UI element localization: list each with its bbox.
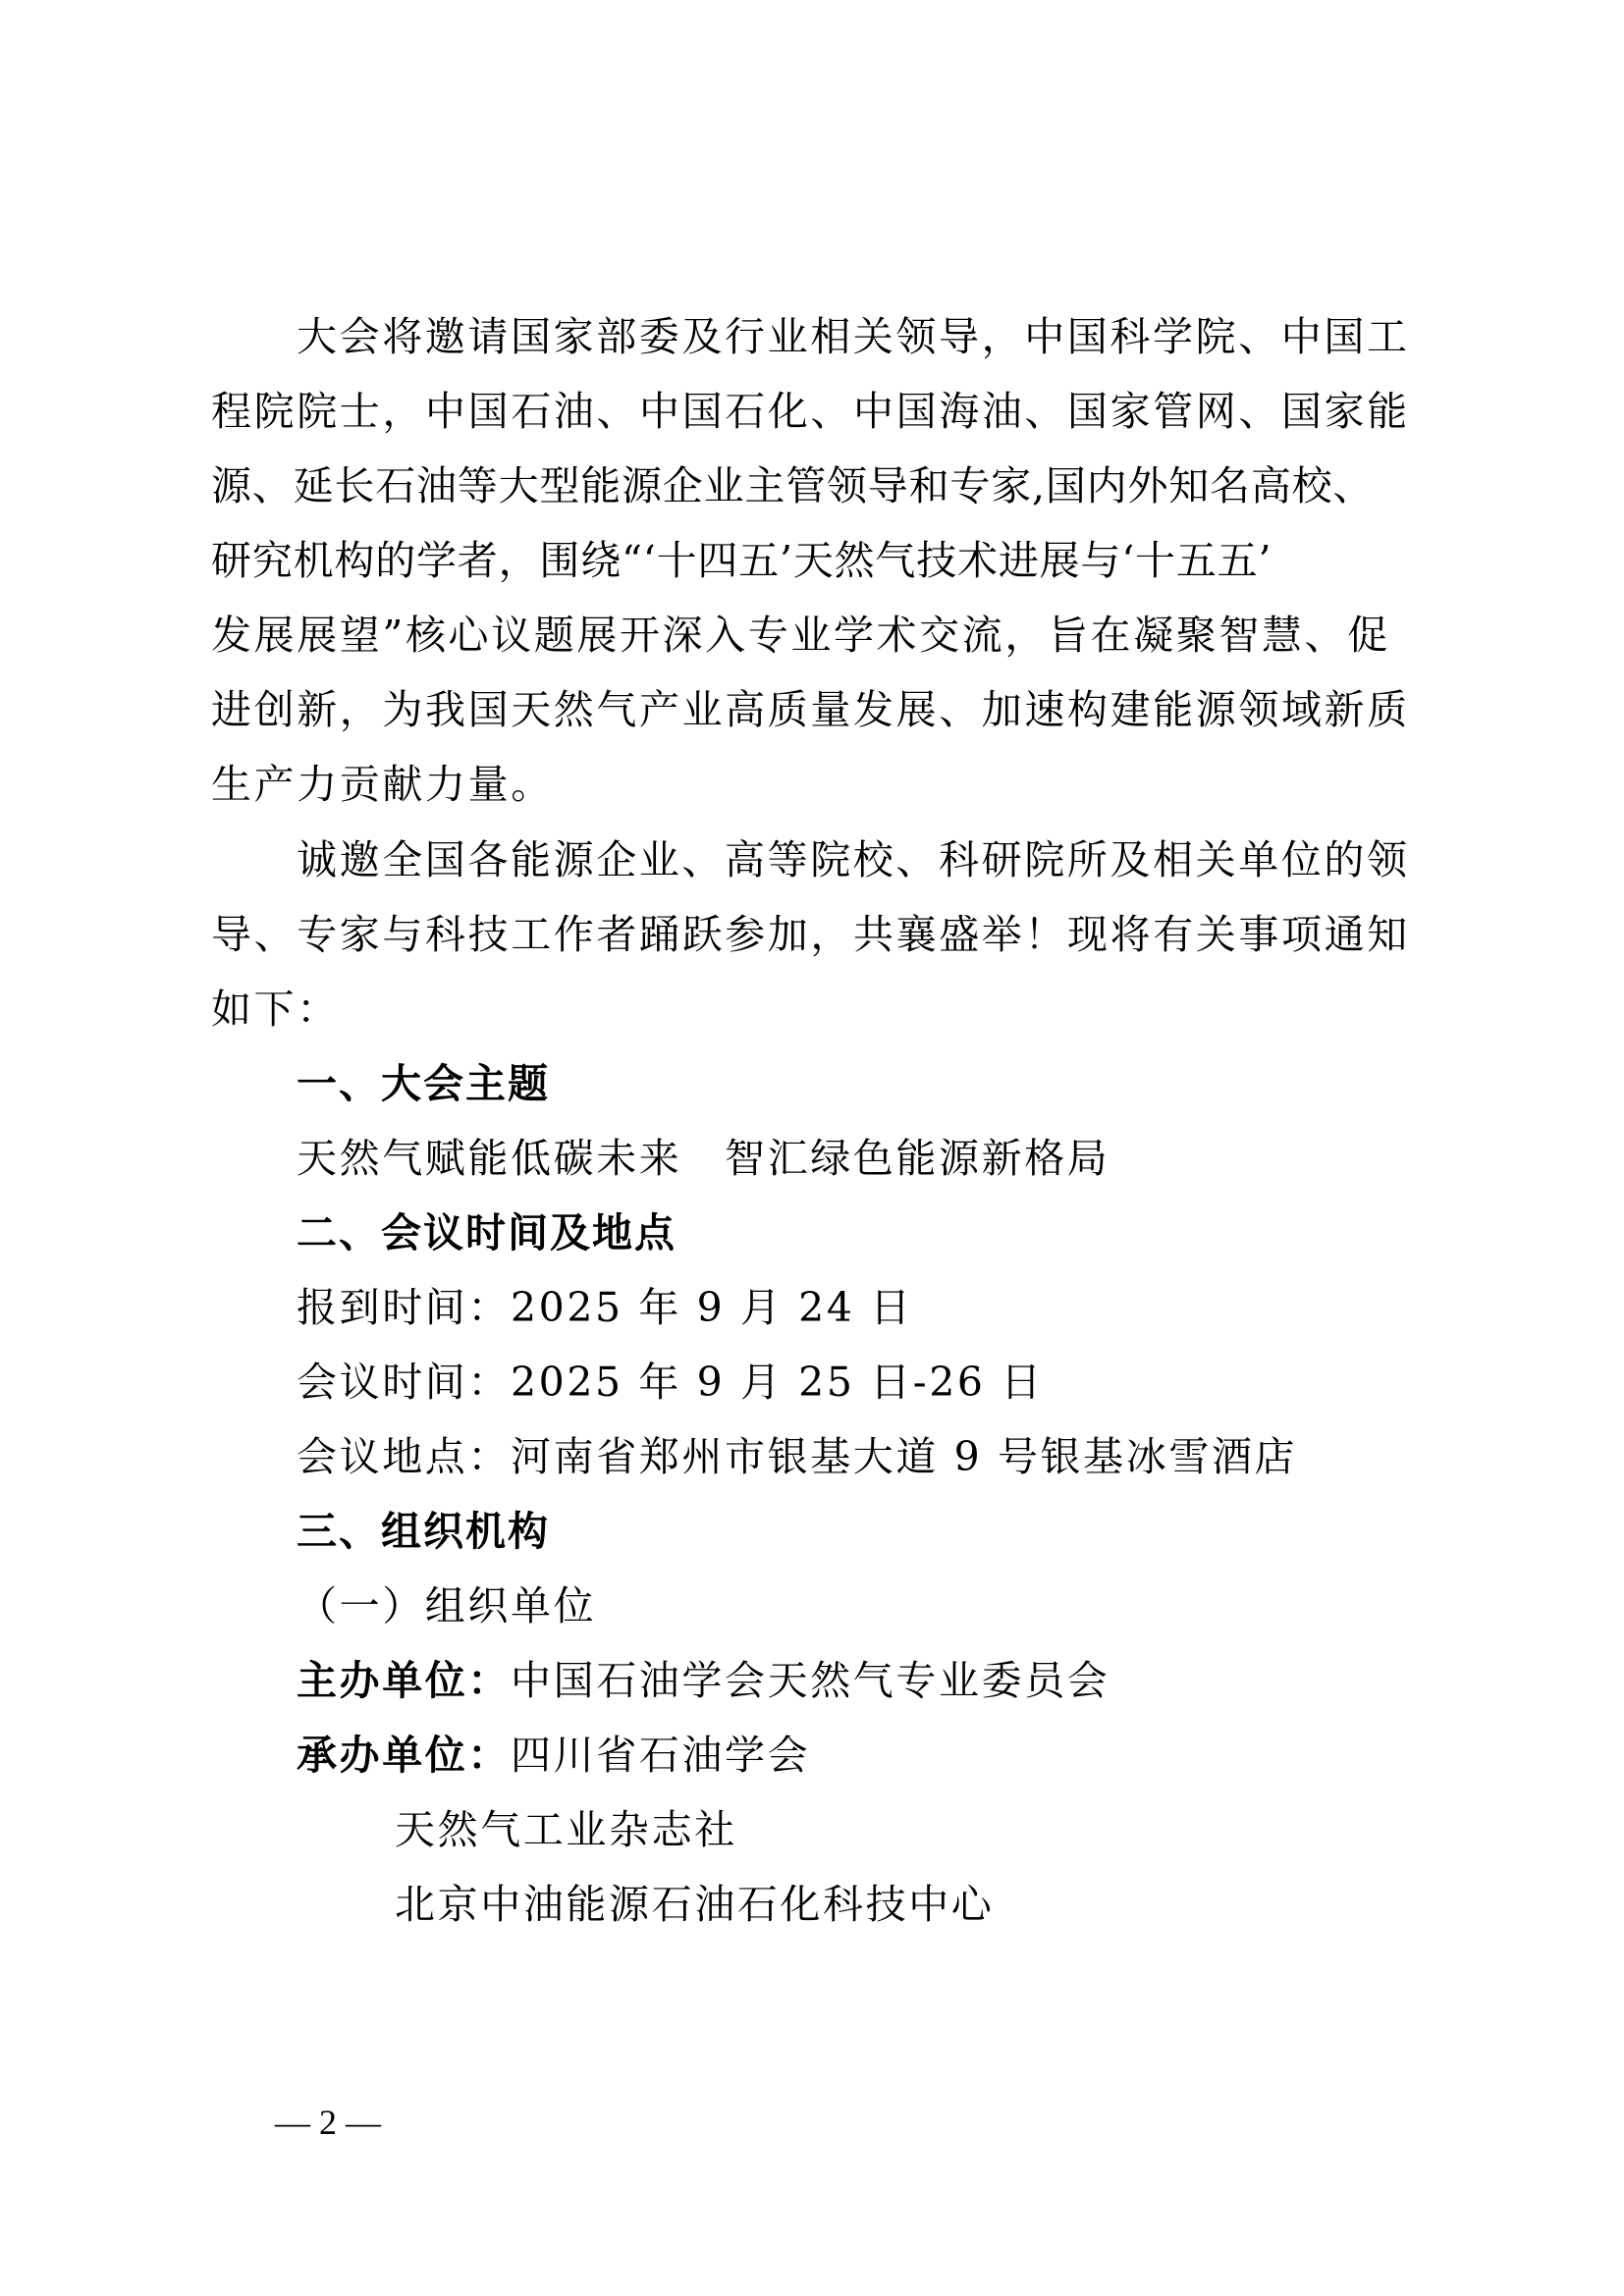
host-unit-row: 主办单位：中国石油学会天然气专业委员会	[297, 1643, 1110, 1718]
organizer-unit-value: 四川省石油学会	[511, 1732, 810, 1779]
paragraph-1-line: 发展展望”核心议题展开深入专业学术交流，旨在凝聚智慧、促	[211, 598, 1390, 672]
paragraph-2-line: 导、专家与科技工作者踊跃参加，共襄盛举！现将有关事项通知	[211, 897, 1410, 972]
paragraph-2-line: 诚邀全国各能源企业、高等院校、科研院所及相关单位的领	[297, 823, 1410, 897]
paragraph-1-line: 研究机构的学者，围绕“‘十四五’天然气技术进展与‘十五五’	[211, 523, 1272, 598]
page-number: — 2 —	[275, 2101, 381, 2144]
organizer-unit-value: 天然气工业杂志社	[395, 1792, 737, 1867]
checkin-time: 报到时间：2025 年 9 月 24 日	[297, 1270, 913, 1345]
host-unit-label: 主办单位：	[297, 1657, 511, 1704]
organizer-unit-row: 承办单位：四川省石油学会	[297, 1718, 810, 1792]
section-heading-theme: 一、大会主题	[297, 1046, 550, 1121]
paragraph-1-line: 源、延长石油等大型能源企业主管领导和专家,国内外知名高校、	[211, 449, 1374, 523]
section-heading-time-venue: 二、会议时间及地点	[297, 1196, 677, 1270]
paragraph-1-line: 程院院士，中国石油、中国石化、中国海油、国家管网、国家能	[211, 374, 1410, 449]
paragraph-1-line: 生产力贡献力量。	[211, 747, 554, 822]
subsection-organizing-units: （一）组织单位	[297, 1569, 596, 1643]
conference-theme: 天然气赋能低碳未来 智汇绿色能源新格局	[297, 1121, 1110, 1196]
paragraph-1-line: 进创新，为我国天然气产业高质量发展、加速构建能源领域新质	[211, 672, 1410, 747]
section-heading-organization: 三、组织机构	[297, 1494, 550, 1569]
document-page: 大会将邀请国家部委及行业相关领导，中国科学院、中国工 程院院士，中国石油、中国石…	[0, 0, 1624, 2296]
paragraph-2-line: 如下：	[211, 972, 340, 1046]
organizer-unit-value: 北京中油能源石油石化科技中心	[395, 1867, 994, 1942]
organizer-unit-label: 承办单位：	[297, 1732, 511, 1779]
host-unit-value: 中国石油学会天然气专业委员会	[511, 1657, 1110, 1704]
paragraph-1-line: 大会将邀请国家部委及行业相关领导，中国科学院、中国工	[297, 299, 1410, 374]
meeting-venue: 会议地点：河南省郑州市银基大道 9 号银基冰雪酒店	[297, 1419, 1297, 1494]
meeting-time: 会议时间：2025 年 9 月 25 日-26 日	[297, 1345, 1044, 1419]
